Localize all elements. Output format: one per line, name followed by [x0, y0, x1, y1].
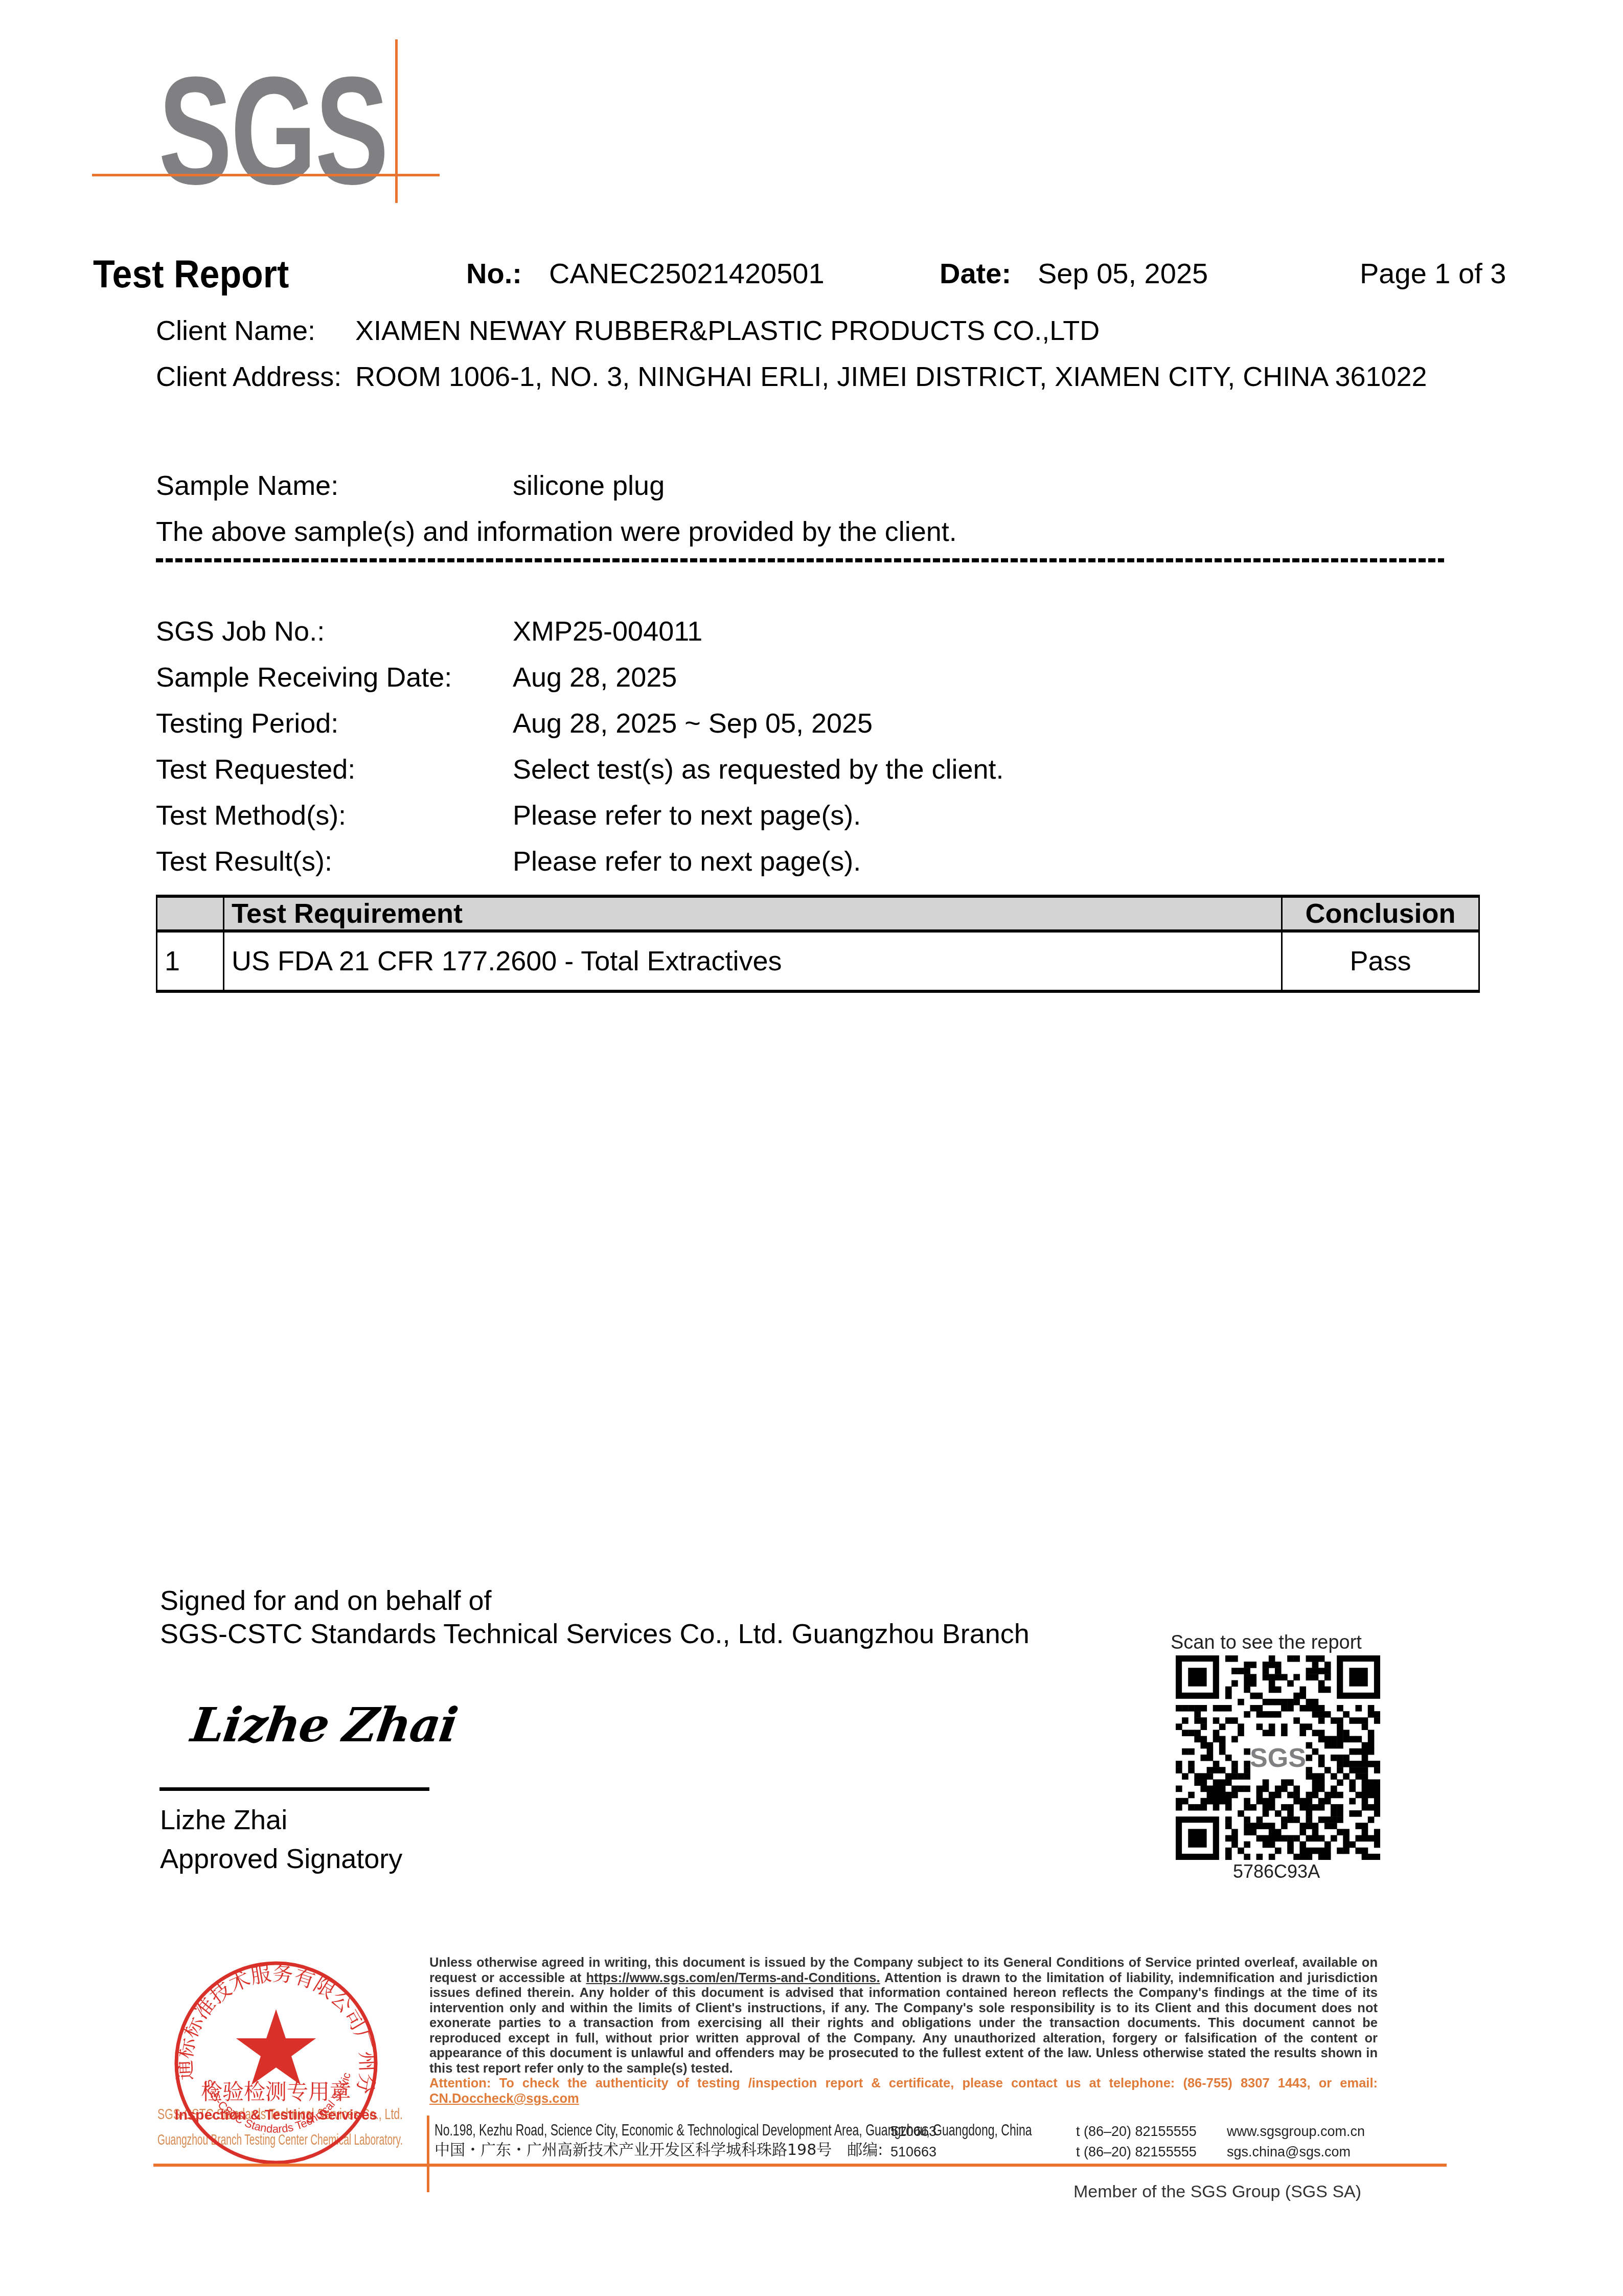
page-indicator: Page 1 of 3: [1360, 256, 1506, 291]
qr-code[interactable]: SGS: [1176, 1655, 1380, 1860]
test-result-value: Please refer to next page(s).: [513, 844, 861, 879]
client-address-value: ROOM 1006-1, NO. 3, NINGHAI ERLI, JIMEI …: [355, 359, 1427, 395]
sample-name-label: Sample Name:: [156, 468, 338, 504]
client-name-label: Client Name:: [156, 313, 315, 349]
stamp-center-cn: 检验检测专用章: [201, 2079, 351, 2104]
qr-caption: Scan to see the report: [1171, 1632, 1362, 1654]
legal-disclaimer: Unless otherwise agreed in writing, this…: [429, 1956, 1378, 2106]
table-header-row: Test Requirement Conclusion: [157, 896, 1479, 931]
test-method-value: Please refer to next page(s).: [513, 798, 861, 833]
row-requirement: US FDA 21 CFR 177.2600 - Total Extractiv…: [224, 931, 1282, 991]
receiving-date-value: Aug 28, 2025: [513, 660, 677, 695]
zip-chinese: 510663: [890, 2141, 936, 2163]
sample-name-value: silicone plug: [513, 468, 665, 504]
col-header-conclusion: Conclusion: [1282, 896, 1479, 931]
client-address-label: Client Address:: [156, 359, 341, 395]
job-no-label: SGS Job No.:: [156, 613, 325, 649]
report-no-label: No.:: [466, 256, 522, 291]
signature-line: [159, 1787, 429, 1791]
testing-period-label: Testing Period:: [156, 706, 338, 741]
company-stamp: SGS-CSTC Standards Technical Services Co…: [153, 1948, 409, 2188]
authenticity-notice: Attention: To check the authenticity of …: [429, 2076, 1378, 2106]
test-requested-value: Select test(s) as requested by the clien…: [513, 752, 1003, 787]
test-result-label: Test Result(s):: [156, 844, 332, 879]
sgs-logo-text: SGS: [158, 54, 387, 207]
dashed-divider: [156, 558, 1444, 562]
stamp-center-en: Inspection & Testing Services: [175, 2107, 377, 2123]
test-requirement-table: Test Requirement Conclusion 1 US FDA 21 …: [156, 895, 1480, 993]
footer-orange-vline: [427, 2116, 429, 2192]
sgs-group-membership: Member of the SGS Group (SGS SA): [1073, 2182, 1361, 2202]
disclaimer-text-post: Attention is drawn to the limitation of …: [429, 1971, 1378, 2076]
test-requested-label: Test Requested:: [156, 752, 355, 787]
row-conclusion: Pass: [1282, 931, 1479, 991]
row-number: 1: [157, 931, 224, 991]
doccheck-email-link[interactable]: CN.Doccheck@sgs.com: [429, 2092, 579, 2106]
logo-orange-hline: [92, 174, 440, 176]
col-header-requirement: Test Requirement: [224, 896, 1282, 931]
page-title: Test Report: [93, 252, 289, 297]
email-link[interactable]: sgs.china@sgs.com: [1227, 2141, 1351, 2163]
logo-orange-vline: [395, 39, 398, 203]
col-header-number: [157, 896, 224, 931]
report-date-label: Date:: [940, 256, 1011, 291]
attention-text: Attention: To check the authenticity of …: [429, 2076, 1378, 2090]
qr-code-icon: SGS: [1176, 1655, 1380, 1860]
address-english: No.198, Kezhu Road, Science City, Econom…: [435, 2119, 1032, 2141]
footer-orange-hline: [153, 2164, 1447, 2167]
zip-english: 510663: [890, 2121, 936, 2142]
provided-note: The above sample(s) and information were…: [156, 514, 957, 550]
telephone-1: t (86–20) 82155555: [1076, 2121, 1197, 2142]
report-date-value: Sep 05, 2025: [1038, 256, 1208, 291]
report-no-value: CANEC25021420501: [549, 256, 825, 291]
test-method-label: Test Method(s):: [156, 798, 346, 833]
sgs-logo: SGS: [92, 38, 440, 192]
address-chinese: 中国・广东・广州高新技术产业开发区科学城科珠路198号 邮编:: [435, 2140, 883, 2161]
stamp-star-icon: [236, 2009, 316, 2085]
receiving-date-label: Sample Receiving Date:: [156, 660, 452, 695]
table-row: 1 US FDA 21 CFR 177.2600 - Total Extract…: [157, 931, 1479, 991]
terms-link[interactable]: https://www.sgs.com/en/Terms-and-Conditi…: [586, 1971, 880, 1985]
handwritten-signature: Lizhe Zhai: [188, 1697, 460, 1753]
job-no-value: XMP25-004011: [513, 613, 702, 649]
testing-period-value: Aug 28, 2025 ~ Sep 05, 2025: [513, 706, 873, 741]
website-link[interactable]: www.sgsgroup.com.cn: [1227, 2121, 1365, 2142]
client-name-value: XIAMEN NEWAY RUBBER&PLASTIC PRODUCTS CO.…: [355, 313, 1100, 349]
signed-behalf-line2: SGS-CSTC Standards Technical Services Co…: [160, 1617, 1030, 1651]
telephone-2: t (86–20) 82155555: [1076, 2141, 1197, 2163]
qr-verification-code: 5786C93A: [1233, 1861, 1320, 1882]
signatory-name: Lizhe Zhai: [160, 1803, 287, 1837]
signed-behalf-line1: Signed for and on behalf of: [160, 1584, 492, 1618]
signatory-title: Approved Signatory: [160, 1842, 402, 1876]
svg-text:SGS: SGS: [1250, 1743, 1306, 1773]
